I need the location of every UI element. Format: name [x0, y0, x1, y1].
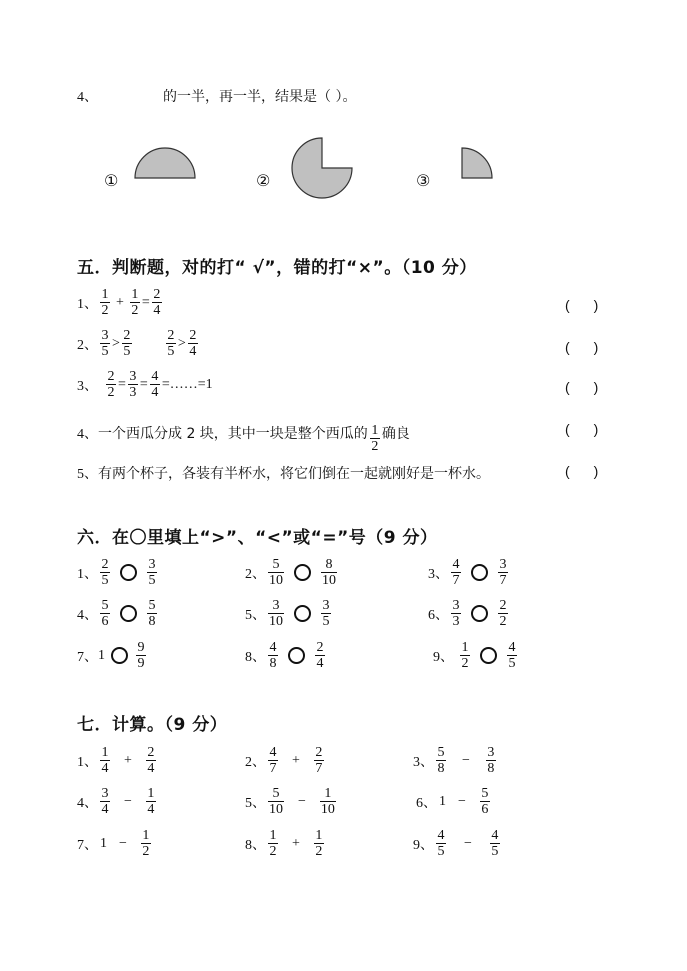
option-1-label: ① — [104, 171, 118, 190]
compare-item-7: 7、 1 99 — [77, 640, 148, 671]
calc-item-8: 8、 12 + 12 — [245, 828, 326, 859]
answer-blank-2[interactable]: ( ) — [565, 339, 598, 355]
item-number: 3、 — [77, 375, 98, 395]
answer-blank-4[interactable]: ( ) — [565, 421, 598, 437]
answer-blank-5[interactable]: ( ) — [565, 463, 598, 479]
s5-item-2: 2、 35 > 25 25 > 24 — [77, 328, 200, 359]
compare-item-5: 5、 310 35 — [245, 598, 333, 629]
item-number: 2、 — [77, 334, 98, 354]
item-number: 1、 — [77, 293, 98, 313]
compare-item-6: 6、 33 22 — [428, 598, 510, 629]
calc-item-4: 4、 34 − 14 — [77, 786, 158, 817]
calc-item-7: 7、 1 − 12 — [77, 828, 153, 859]
calc-item-9: 9、 45 − 45 — [413, 828, 502, 859]
compare-circle-7[interactable] — [111, 647, 128, 664]
section6-title: 六．在〇里填上“>”、“<”或“=”号（9 分） — [77, 523, 438, 548]
calc-item-2: 2、 47 + 27 — [245, 745, 326, 776]
quarter-circle-icon — [460, 147, 494, 180]
fraction: 25 — [122, 328, 132, 359]
fraction: 24 — [188, 328, 198, 359]
option-3-label: ③ — [416, 171, 430, 190]
compare-circle-8[interactable] — [288, 647, 305, 664]
fraction: 25 — [166, 328, 176, 359]
compare-circle-6[interactable] — [471, 605, 488, 622]
compare-circle-5[interactable] — [294, 605, 311, 622]
fraction: 24 — [152, 287, 162, 318]
answer-blank-3[interactable]: ( ) — [565, 379, 598, 395]
s5-item-3: 3、 22 = 33 = 44 =……=1 — [77, 369, 213, 400]
half-circle-icon — [133, 146, 197, 180]
compare-circle-2[interactable] — [294, 564, 311, 581]
fraction: 33 — [128, 369, 138, 400]
compare-item-4: 4、 56 58 — [77, 598, 159, 629]
fraction: 22 — [106, 369, 116, 400]
fraction: 12 — [130, 287, 140, 318]
calc-item-6: 6、 1 − 56 — [416, 786, 492, 817]
compare-circle-1[interactable] — [120, 564, 137, 581]
compare-item-8: 8、 48 24 — [245, 640, 327, 671]
fraction: 35 — [100, 328, 110, 359]
compare-item-3: 3、 47 37 — [428, 557, 510, 588]
q4-number: 4、 — [77, 89, 98, 106]
item-number: 4、 — [77, 423, 98, 443]
s5-item-5: 5、 有两个杯子，各装有半杯水，将它们倒在一起就刚好是一杯水。 — [77, 463, 490, 483]
compare-item-1: 1、 25 35 — [77, 557, 159, 588]
fraction: 12 — [100, 287, 110, 318]
option-2-label: ② — [256, 171, 270, 190]
calc-item-1: 1、 14 + 24 — [77, 745, 158, 776]
compare-item-2: 2、 510 810 — [245, 557, 339, 588]
calc-item-3: 3、 58 − 38 — [413, 745, 498, 776]
section7-title: 七．计算。（9 分） — [77, 710, 227, 735]
compare-circle-3[interactable] — [471, 564, 488, 581]
answer-blank-1[interactable]: ( ) — [565, 297, 598, 313]
fraction: 12 — [370, 423, 380, 454]
s5-item-4: 4、 一个西瓜分成 2 块，其中一块是整个西瓜的 12 确良 — [77, 411, 410, 454]
s5-item-1: 1、 12 + 12 = 24 — [77, 287, 164, 318]
compare-item-9: 9、 12 45 — [433, 640, 519, 671]
compare-circle-4[interactable] — [120, 605, 137, 622]
fraction: 44 — [150, 369, 160, 400]
compare-circle-9[interactable] — [480, 647, 497, 664]
section5-title: 五．判断题，对的打“ √”，错的打“×”。（10 分） — [77, 253, 477, 278]
q4-question-text: 的一半，再一半，结果是（ ）。 — [163, 89, 356, 105]
item-number: 5、 — [77, 463, 98, 483]
three-quarter-circle-icon — [290, 136, 354, 200]
calc-item-5: 5、 510 − 110 — [245, 786, 338, 817]
